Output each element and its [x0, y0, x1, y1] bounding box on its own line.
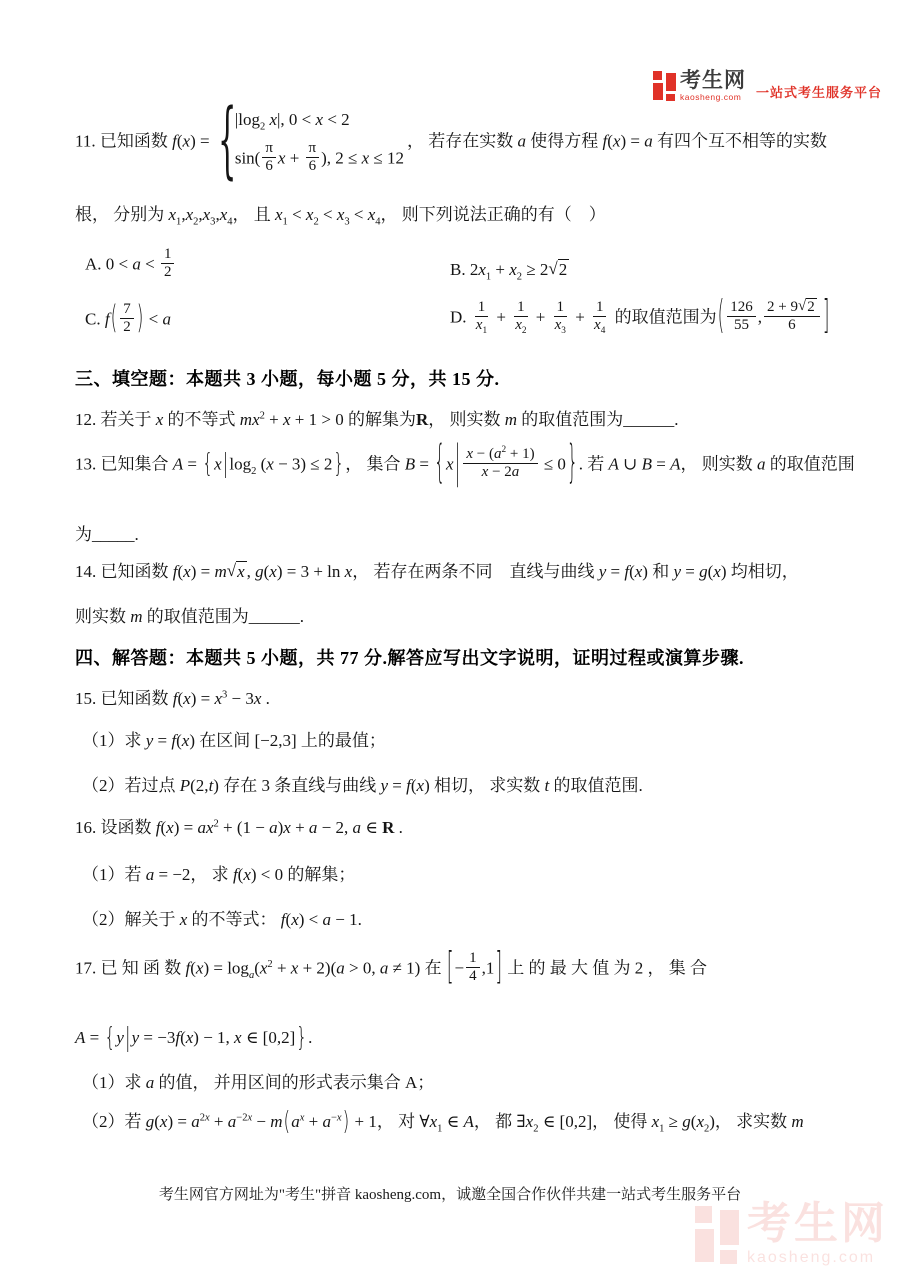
question-16: 16. 设函数 f(x) = ax2 + (1 − a)x + a − 2, a… — [75, 816, 403, 841]
watermark-title: 考生网 — [747, 1202, 888, 1246]
option-a: A. 0 < a < 12 — [85, 248, 176, 284]
kaosheng-watermark-h-icon — [695, 1206, 739, 1264]
question-17-line-1: 17. 已 知 函 数 f(x) = loga(x2 + x + 2)(a > … — [75, 952, 707, 988]
question-15-part-2: （2）若过点 P(2,t) 存在 3 条直线与曲线 y = f(x) 相切， 求… — [82, 774, 643, 799]
option-c: C. f(72) < a — [85, 303, 171, 339]
question-12: 12. 若关于 x 的不等式 mx2 + x + 1 > 0 的解集为R， 则实… — [75, 408, 679, 433]
question-15: 15. 已知函数 f(x) = x3 − 3x . — [75, 687, 270, 712]
section-4-header: 四、解答题：本题共 5 小题，共 77 分.解答应写出文字说明，证明过程或演算步… — [75, 645, 744, 671]
question-13-line-1: 13. 已知集合 A = {x|log2 (x − 3) ≤ 2}， 集合 B … — [75, 448, 855, 484]
question-11-line-1: 11. 已知函数 f(x) = {|log2 x|, 0 < x < 2sin(… — [75, 108, 827, 177]
logo-text-column: 考生网 kaosheng.com — [680, 70, 746, 102]
question-16-part-2: （2）解关于 x 的不等式： f(x) < a − 1. — [82, 908, 362, 933]
exam-page: 考生网 kaosheng.com 一站式考生服务平台 11. 已知函数 f(x)… — [0, 0, 900, 1273]
watermark-text-column: 考生网 kaosheng.com — [747, 1202, 888, 1267]
kaosheng-watermark: 考生网 kaosheng.com — [695, 1202, 888, 1267]
option-b: B. 2x1 + x2 ≥ 2√2 — [450, 258, 569, 283]
logo-tagline: 一站式考生服务平台 — [756, 82, 882, 101]
kaosheng-h-icon — [653, 71, 676, 101]
question-13-line-2: 为_____. — [75, 523, 139, 548]
kaosheng-logo: 考生网 kaosheng.com 一站式考生服务平台 — [653, 70, 882, 102]
question-15-part-1: （1）求 y = f(x) 在区间 [−2,3] 上的最值； — [82, 729, 386, 754]
logo-domain: kaosheng.com — [680, 92, 746, 102]
question-14-line-1: 14. 已知函数 f(x) = m√x, g(x) = 3 + ln x， 若存… — [75, 560, 799, 585]
question-17-part-1: （1）求 a 的值， 并用区间的形式表示集合 A； — [82, 1071, 434, 1096]
question-14-line-2: 则实数 m 的取值范围为______. — [75, 605, 304, 630]
question-11-line-2: 根， 分别为 x1,x2,x3,x4， 且 x1 < x2 < x3 < x4，… — [75, 203, 606, 228]
logo-title: 考生网 — [680, 70, 746, 91]
watermark-domain: kaosheng.com — [747, 1249, 888, 1267]
question-17-line-2: A = {y|y = −3f(x) − 1, x ∈ [0,2]}. — [75, 1026, 312, 1051]
option-d: D. 1x1 + 1x2 + 1x3 + 1x4 的取值范围为(12655,2 … — [450, 301, 830, 337]
section-3-header: 三、填空题：本题共 3 小题，每小题 5 分，共 15 分. — [75, 366, 500, 392]
question-16-part-1: （1）若 a = −2， 求 f(x) < 0 的解集； — [82, 863, 355, 888]
question-17-part-2: （2）若 g(x) = a2x + a−2x − m(ax + a−x) + 1… — [82, 1110, 804, 1135]
